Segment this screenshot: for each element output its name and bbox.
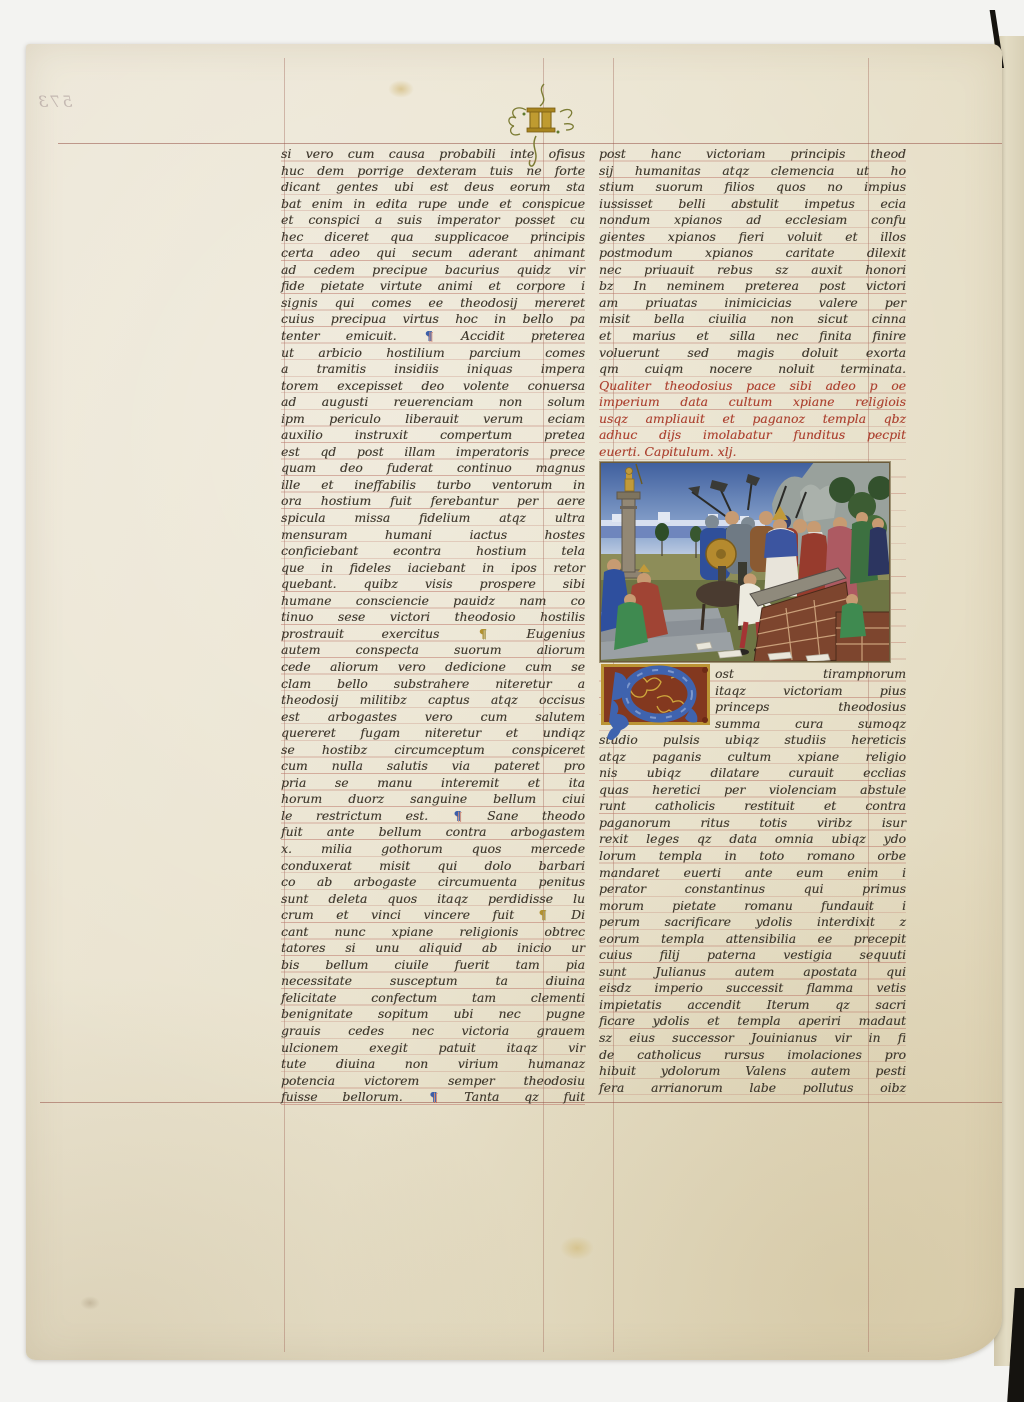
- manuscript-line: co ab arbogaste circumuenta penitus: [281, 874, 585, 891]
- manuscript-line: quebant. quibz visis prospere sibi: [281, 576, 585, 593]
- manuscript-line: iussisset belli abstulit impetus ecia: [599, 196, 906, 213]
- gold-paragraph-mark: ¶: [477, 626, 489, 641]
- manuscript-line: misit bella ciuilia non sicut cinna: [599, 311, 906, 328]
- manuscript-line: cuius precipua virtus hoc in bello pa: [281, 311, 585, 328]
- manuscript-line: sz eius successor Jouinianus vir in fi: [599, 1030, 906, 1047]
- manuscript-line: mensuram humani iactus hostes: [281, 527, 585, 544]
- manuscript-line: perator constantinus qui primus: [599, 881, 906, 898]
- manuscript-line: le restrictum est. ¶ Sane theodo: [281, 808, 585, 825]
- manuscript-line: cede aliorum vero dedicione cum se: [281, 659, 585, 676]
- manuscript-line: eorum templa attensibilia ee precepit: [599, 931, 906, 948]
- manuscript-line: hec diceret qua supplicacoe principis: [281, 229, 585, 246]
- manuscript-line: tute diuina non virium humanaz: [281, 1056, 585, 1073]
- manuscript-photo: 573 si vero cum causa probabili inte ofi…: [0, 0, 1024, 1402]
- manuscript-line: paganorum ritus totis viribz isur: [599, 815, 906, 832]
- manuscript-line: spicula missa fidelium atqz ultra: [281, 510, 585, 527]
- manuscript-line: ille et ineffabilis turbo ventorum in: [281, 477, 585, 494]
- manuscript-line: euerti. Capitulum. xlj.: [599, 444, 906, 461]
- manuscript-line: potencia victorem semper theodosiu: [281, 1073, 585, 1090]
- folio-number-show-through: 573: [36, 92, 73, 111]
- manuscript-line: stium suorum filios quos no impius: [599, 179, 906, 196]
- manuscript-line: pria se manu interemit et ita: [281, 775, 585, 792]
- manuscript-line: certa adeo qui secum aderant animant: [281, 245, 585, 262]
- manuscript-line: cant nunc xpiane religionis obtrec: [281, 924, 585, 941]
- manuscript-line: mandaret euerti ante eum enim i: [599, 865, 906, 882]
- manuscript-line: tenter emicuit. ¶ Accidit preterea: [281, 328, 585, 345]
- manuscript-line: theodosij militibz captus atqz occisus: [281, 692, 585, 709]
- manuscript-line: runt catholicis restituit et contra: [599, 798, 906, 815]
- manuscript-line: crum et vinci vincere fuit ¶ Di: [281, 907, 585, 924]
- manuscript-line: ulcionem exegit patuit itaqz vir: [281, 1040, 585, 1057]
- manuscript-line: et conspici a suis imperator posset cu: [281, 212, 585, 229]
- manuscript-line: conficiebant econtra hostium tela: [281, 543, 585, 560]
- manuscript-line: nondum xpianos ad ecclesiam confu: [599, 212, 906, 229]
- manuscript-line: tatores si unu aliquid ab inicio ur: [281, 940, 585, 957]
- manuscript-line: bz In neminem preterea post victori: [599, 278, 906, 295]
- manuscript-line: usqz ampliauit et paganoz templa qbz: [599, 411, 906, 428]
- manuscript-line: signis qui comes ee theodosij mereret: [281, 295, 585, 312]
- manuscript-line: prostrauit exercitus ¶ Eugenius: [281, 626, 585, 643]
- illuminated-initial-P: [601, 664, 711, 742]
- manuscript-line: fuisse bellorum. ¶ Tanta qz fuit: [281, 1089, 585, 1106]
- manuscript-line: perum sacrificare ydolis interdixit z: [599, 914, 906, 931]
- manuscript-line: post hanc victoriam principis theod: [599, 146, 906, 163]
- blue-paragraph-mark: ¶: [428, 1089, 440, 1104]
- manuscript-line: necessitate susceptum ta diuina: [281, 973, 585, 990]
- manuscript-line: ut arbicio hostilium parcium comes: [281, 345, 585, 362]
- blue-paragraph-mark: ¶: [423, 328, 435, 343]
- manuscript-line: bat enim in edita rupe unde et conspicue: [281, 196, 585, 213]
- manuscript-line: hibuit ydolorum Valens autem pesti: [599, 1063, 906, 1080]
- manuscript-line: am priuatas inimicicias valere per: [599, 295, 906, 312]
- manuscript-line: fide pietate virtute animi et corpore i: [281, 278, 585, 295]
- manuscript-line: imperium data cultum xpiane religiois: [599, 394, 906, 411]
- ruling-beside-miniature: [891, 462, 906, 662]
- manuscript-line: quam deo fuderat continuo magnus: [281, 460, 585, 477]
- manuscript-line: gientes xpianos fieri voluit et illos: [599, 229, 906, 246]
- miniature-painting: [600, 462, 890, 662]
- right-text-column-top: post hanc victoriam principis theodsij h…: [599, 146, 906, 378]
- left-text-column: si vero cum causa probabili inte ofisush…: [281, 146, 585, 1106]
- manuscript-line: eisdz imperio successit flamma vetis: [599, 980, 906, 997]
- manuscript-line: si vero cum causa probabili inte ofisus: [281, 146, 585, 163]
- manuscript-line: et marius et silla nec finita finire: [599, 328, 906, 345]
- manuscript-line: clam bello substrahere niteretur a: [281, 676, 585, 693]
- manuscript-line: a tramitis insidiis iniquas impera: [281, 361, 585, 378]
- manuscript-line: se hostibz circumceptum conspiceret: [281, 742, 585, 759]
- manuscript-line: dicant gentes ubi est deus eorum sta: [281, 179, 585, 196]
- manuscript-line: postmodum xpianos caritate dilexit: [599, 245, 906, 262]
- manuscript-line: impietatis accendit Iterum qz sacri: [599, 997, 906, 1014]
- manuscript-line: fera arrianorum labe pollutus oibz: [599, 1080, 906, 1097]
- manuscript-line: sunt Julianus autem apostata qui: [599, 964, 906, 981]
- manuscript-line: ora hostium fuit ferebantur per aere: [281, 493, 585, 510]
- manuscript-line: grauis cedes nec victoria grauem: [281, 1023, 585, 1040]
- manuscript-line: felicitate confectum tam clementi: [281, 990, 585, 1007]
- manuscript-line: lorum templa in toto romano orbe: [599, 848, 906, 865]
- blue-paragraph-mark: ¶: [452, 808, 464, 823]
- manuscript-line: tinuo sese victori theodosio hostilis: [281, 609, 585, 626]
- manuscript-line: conduxerat misit qui dolo barbari: [281, 858, 585, 875]
- manuscript-line: humane consciencie pauidz nam co: [281, 593, 585, 610]
- manuscript-line: atqz paganis cultum xpiane religio: [599, 749, 906, 766]
- chapter-rubric: Qualiter theodosius pace sibi adeo p oei…: [599, 378, 906, 461]
- manuscript-line: bis bellum ciuile fuerit tam pia: [281, 957, 585, 974]
- manuscript-line: x. milia gothorum quos mercede: [281, 841, 585, 858]
- manuscript-line: adhuc dijs imolabatur funditus pecpit: [599, 427, 906, 444]
- manuscript-line: huc dem porrige dexteram tuis ne forte: [281, 163, 585, 180]
- manuscript-line: cum nulla salutis via pateret pro: [281, 758, 585, 775]
- manuscript-line: rexit leges qz data omnia ubiqz ydo: [599, 831, 906, 848]
- manuscript-line: sunt deleta quos itaqz perdidisse lu: [281, 891, 585, 908]
- manuscript-line: nis ubiqz dilatare curauit ecclias: [599, 765, 906, 782]
- manuscript-line: que in fideles iaciebant in ipos retor: [281, 560, 585, 577]
- manuscript-line: quas heretici per violenciam abstule: [599, 782, 906, 799]
- manuscript-line: morum pietate romanu fundauit i: [599, 898, 906, 915]
- manuscript-line: ficare ydolis et templa aperiri madaut: [599, 1013, 906, 1030]
- manuscript-line: est arbogastes vero cum salutem: [281, 709, 585, 726]
- manuscript-line: autem conspecta suorum aliorum: [281, 642, 585, 659]
- manuscript-line: fuit ante bellum contra arbogastem: [281, 824, 585, 841]
- manuscript-line: Qualiter theodosius pace sibi adeo p oe: [599, 378, 906, 395]
- manuscript-line: auxilio instruxit compertum pretea: [281, 427, 585, 444]
- manuscript-line: sij humanitas atqz clemencia ut ho: [599, 163, 906, 180]
- manuscript-line: torem excepisset deo volente conuersa: [281, 378, 585, 395]
- manuscript-line: voluerunt sed magis doluit exorta: [599, 345, 906, 362]
- manuscript-line: quereret fugam niteretur et undiqz: [281, 725, 585, 742]
- manuscript-line: qm cuiqm nocere noluit terminata.: [599, 361, 906, 378]
- manuscript-line: de catholicus rursus imolaciones pro: [599, 1047, 906, 1064]
- manuscript-line: ad augusti reuerenciam non solum: [281, 394, 585, 411]
- gold-paragraph-mark: ¶: [537, 907, 549, 922]
- manuscript-line: benignitate sopitum ubi nec pugne: [281, 1006, 585, 1023]
- manuscript-line: nec priuauit rebus sz auxit honori: [599, 262, 906, 279]
- manuscript-line: horum duorz sanguine bellum ciui: [281, 791, 585, 808]
- manuscript-line: cuius filij paterna vestigia sequuti: [599, 947, 906, 964]
- manuscript-line: ipm periculo liberauit verum eciam: [281, 411, 585, 428]
- manuscript-line: est qd post illam imperatoris prece: [281, 444, 585, 461]
- manuscript-line: ad cedem precipue bacurius quidz vir: [281, 262, 585, 279]
